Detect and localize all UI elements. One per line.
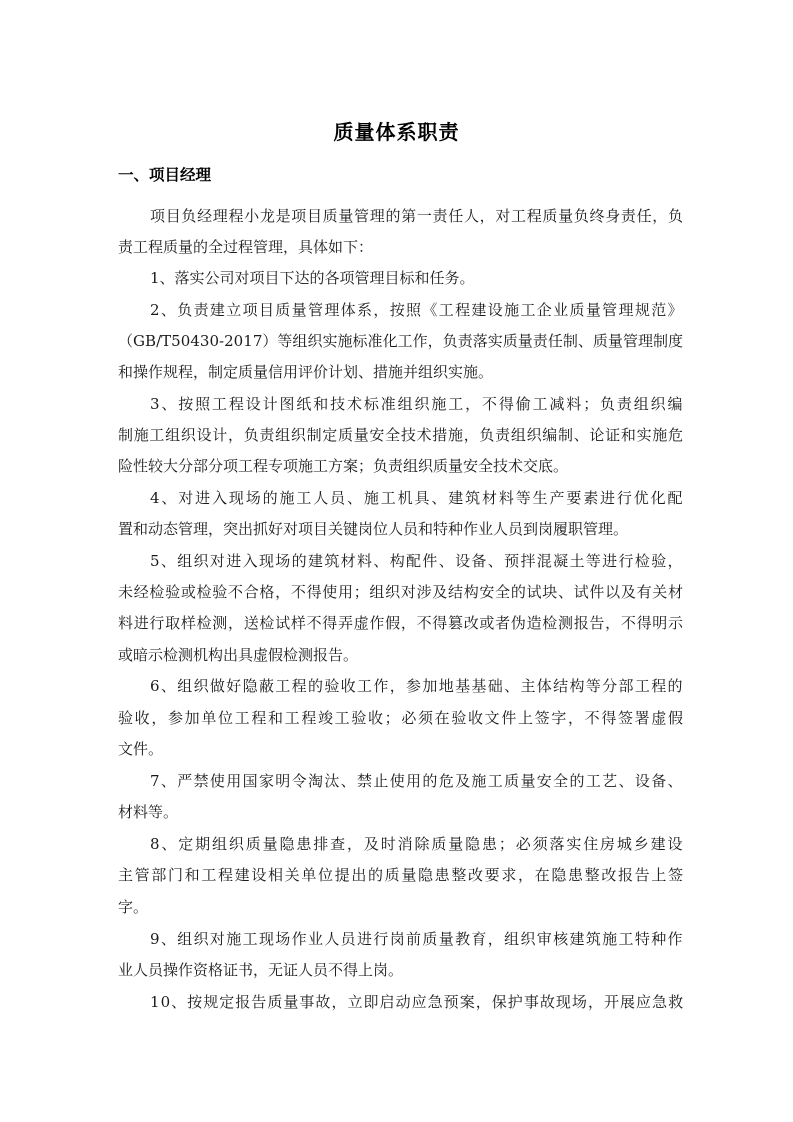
paragraph-line: 责工程质量的全过程管理，具体如下： <box>118 237 373 257</box>
paragraph-line: 业人员操作资格证书，无证人员不得上岗。 <box>118 960 403 980</box>
paragraph-line: 文件。 <box>118 739 163 759</box>
document-page: 质量体系职责 一、项目经理 项目负经理程小龙是项目质量管理的第一责任人，对工程质… <box>0 0 793 1122</box>
paragraph-line: 或暗示检测机构出具虚假检测报告。 <box>118 645 358 665</box>
paragraph-line: 验收，参加单位工程和工程竣工验收；必须在验收文件上签字，不得签署虚假 <box>118 708 685 728</box>
paragraph-line: 主管部门和工程建设相关单位提出的质量隐患整改要求，在隐患整改报告上签 <box>118 865 685 885</box>
paragraph-line: （GB/T50430-2017）等组织实施标准化工作，负责落实质量责任制、质量管… <box>118 331 683 351</box>
paragraph-line: 1、落实公司对项目下达的各项管理目标和任务。 <box>150 268 475 288</box>
paragraph-line: 8、定期组织质量隐患排查，及时消除质量隐患；必须落实住房城乡建设 <box>150 834 684 854</box>
paragraph-line: 材料等。 <box>118 802 178 822</box>
page-title: 质量体系职责 <box>0 116 793 145</box>
paragraph-line: 未经检验或检验不合格，不得使用；组织对涉及结构安全的试块、试件以及有关材 <box>118 582 684 602</box>
paragraph-line: 险性较大分部分项工程专项施工方案；负责组织质量安全技术交底。 <box>118 456 568 476</box>
paragraph-line: 和操作规程，制定质量信用评价计划、措施并组织实施。 <box>118 362 493 382</box>
paragraph-line: 2、负责建立项目质量管理体系，按照《工程建设施工企业质量管理规范》 <box>150 300 684 320</box>
paragraph-line: 9、组织对施工现场作业人员进行岗前质量教育，组织审核建筑施工特种作 <box>150 929 684 949</box>
paragraph-line: 字。 <box>118 897 148 917</box>
paragraph-line: 10、按规定报告质量事故，立即启动应急预案，保护事故现场，开展应急救 <box>150 992 684 1012</box>
section-heading: 一、项目经理 <box>118 163 211 185</box>
paragraph-line: 3、按照工程设计图纸和技术标准组织施工，不得偷工减料；负责组织编 <box>150 394 684 414</box>
paragraph-line: 7、严禁使用国家明令淘汰、禁止使用的危及施工质量安全的工艺、设备、 <box>150 771 684 791</box>
paragraph-line: 料进行取样检测，送检试样不得弄虚作假，不得篡改或者伪造检测报告，不得明示 <box>118 613 684 633</box>
paragraph-line: 制施工组织设计，负责组织制定质量安全技术措施，负责组织编制、论证和实施危 <box>118 425 684 445</box>
paragraph-line: 置和动态管理，突出抓好对项目关键岗位人员和特种作业人员到岗履职管理。 <box>118 519 628 539</box>
paragraph-line: 4、对进入现场的施工人员、施工机具、建筑材料等生产要素进行优化配 <box>150 488 684 508</box>
paragraph-line: 6、组织做好隐蔽工程的验收工作，参加地基基础、主体结构等分部工程的 <box>150 676 684 696</box>
paragraph-line: 5、组织对进入现场的建筑材料、构配件、设备、预拌混凝土等进行检验， <box>150 551 684 571</box>
paragraph-line: 项目负经理程小龙是项目质量管理的第一责任人，对工程质量负终身责任，负 <box>150 206 684 226</box>
